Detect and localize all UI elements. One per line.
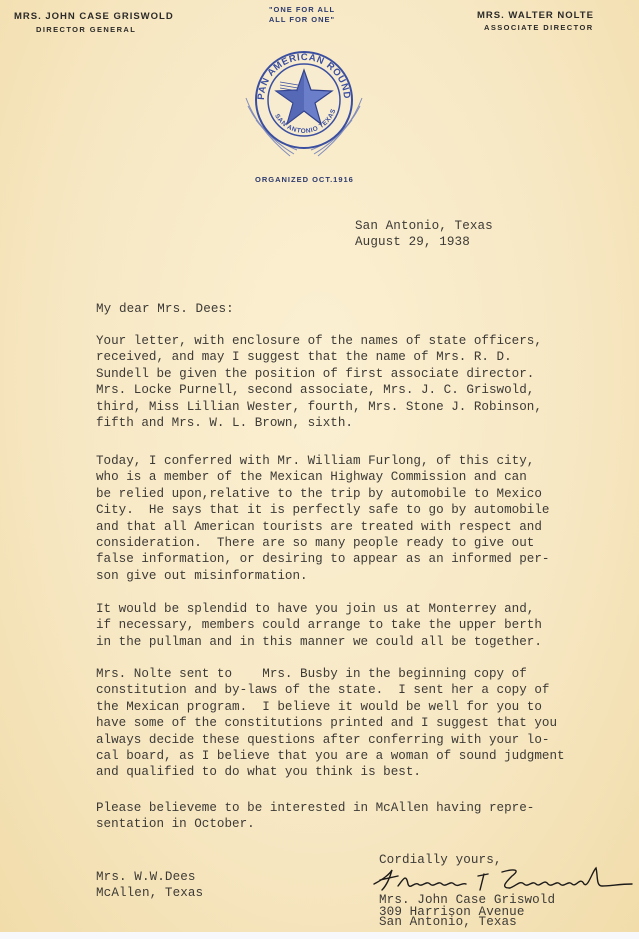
letter-place: San Antonio, Texas [355,219,493,235]
text-line: cal board, as I believe that you are a w… [96,748,565,764]
motto-line-1: "ONE FOR ALL [262,5,342,15]
text-line: received, and may I suggest that the nam… [96,349,542,365]
letter-page: MRS. JOHN CASE GRISWOLD DIRECTOR GENERAL… [0,0,639,932]
text-line: Your letter, with enclosure of the names… [96,333,542,349]
text-line: if necessary, members could arrange to t… [96,617,542,633]
text-line: Mrs. Locke Purnell, second associate, Mr… [96,382,542,398]
text-line: son give out misinformation. [96,568,549,584]
text-line: fifth and Mrs. W. L. Brown, sixth. [96,415,542,431]
text-line: the Mexican program. I believe it would … [96,699,565,715]
text-line: sentation in October. [96,816,534,832]
text-line: consideration. There are so many people … [96,535,549,551]
text-line: Today, I conferred with Mr. William Furl… [96,453,549,469]
associate-director-title: ASSOCIATE DIRECTOR [484,23,594,32]
text-line: constitution and by-laws of the state. I… [96,682,565,698]
text-line: It would be splendid to have you join us… [96,601,542,617]
motto: "ONE FOR ALL ALL FOR ONE" [262,5,342,25]
paragraph-constitution: Mrs. Nolte sent to Mrs. Busby in the beg… [96,666,565,781]
text-line: City. He says that it is perfectly safe … [96,502,549,518]
sender-city: San Antonio, Texas [379,915,517,931]
paragraph-officers: Your letter, with enclosure of the names… [96,333,542,431]
associate-director-name: MRS. WALTER NOLTE [477,10,594,21]
text-line: and that all American tourists are treat… [96,519,549,535]
director-general-title: DIRECTOR GENERAL [36,25,136,34]
motto-line-2: ALL FOR ONE" [262,15,342,25]
text-line: Mrs. Nolte sent to Mrs. Busby in the beg… [96,666,565,682]
recipient-city: McAllen, Texas [96,886,203,902]
salutation: My dear Mrs. Dees: [96,302,234,318]
organized-date: ORGANIZED OCT.1916 [255,175,354,184]
director-general-name: MRS. JOHN CASE GRISWOLD [14,11,174,22]
text-line: false information, or desiring to appear… [96,551,549,567]
paragraph-furlong: Today, I conferred with Mr. William Furl… [96,453,549,584]
pan-american-round-table-seal-icon: PAN AMERICAN ROUND TABLE SAN ANTONIO TEX… [242,38,366,168]
text-line: third, Miss Lillian Wester, fourth, Mrs.… [96,399,542,415]
text-line: have some of the constitutions printed a… [96,715,565,731]
recipient-name: Mrs. W.W.Dees [96,870,196,886]
text-line: be relied upon,relative to the trip by a… [96,486,549,502]
text-line: in the pullman and in this manner we cou… [96,634,542,650]
text-line: Please believeme to be interested in McA… [96,800,534,816]
letter-date: August 29, 1938 [355,235,470,251]
text-line: and qualified to do what you think is be… [96,764,565,780]
paragraph-monterrey: It would be splendid to have you join us… [96,601,542,650]
paragraph-representation: Please believeme to be interested in McA… [96,800,534,833]
text-line: Sundell be given the position of first a… [96,366,542,382]
text-line: who is a member of the Mexican Highway C… [96,469,549,485]
text-line: always decide these questions after conf… [96,732,565,748]
